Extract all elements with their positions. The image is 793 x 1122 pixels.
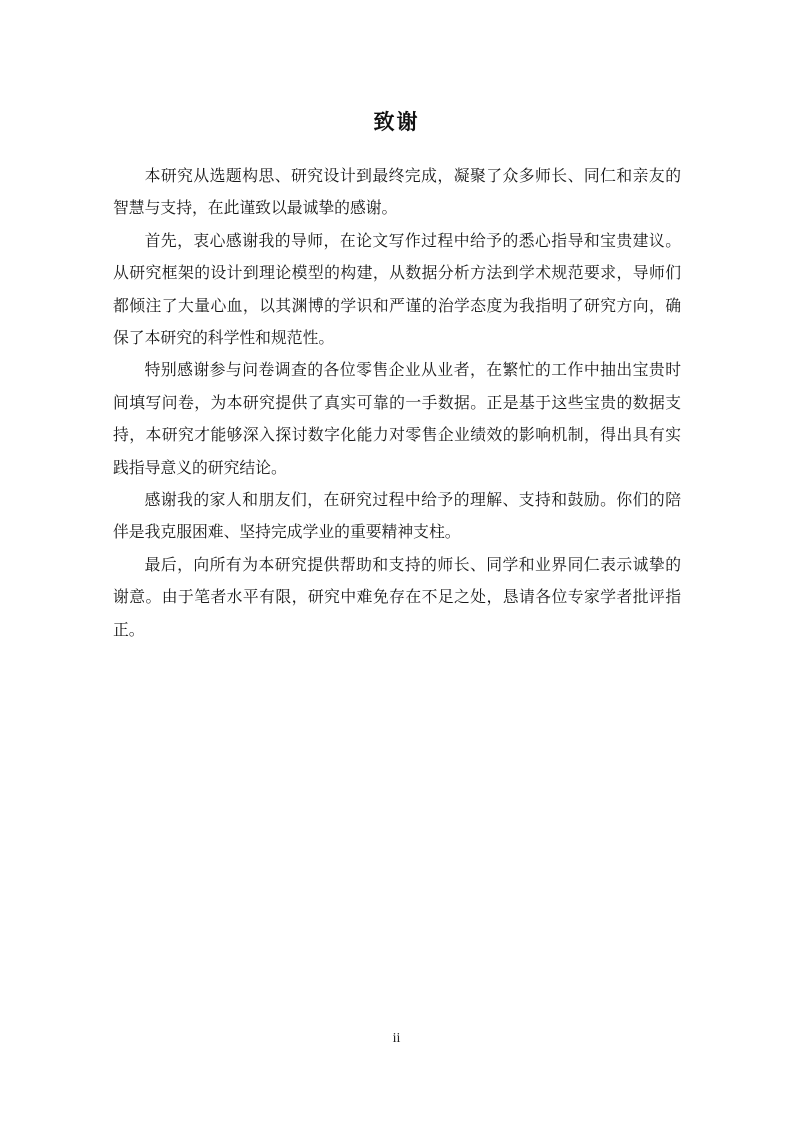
page-title: 致谢 — [0, 106, 793, 138]
document-body: 本研究从选题构思、研究设计到最终完成，凝聚了众多师长、同仁和亲友的智慧与支持，在… — [113, 160, 681, 646]
page-number: ii — [0, 1030, 793, 1048]
paragraph-2: 首先，衷心感谢我的导师，在论文写作过程中给予的悉心指导和宝贵建议。从研究框架的设… — [113, 225, 681, 355]
paragraph-1: 本研究从选题构思、研究设计到最终完成，凝聚了众多师长、同仁和亲友的智慧与支持，在… — [113, 160, 681, 225]
paragraph-3: 特别感谢参与问卷调查的各位零售企业从业者，在繁忙的工作中抽出宝贵时间填写问卷，为… — [113, 354, 681, 484]
document-page: 致谢 本研究从选题构思、研究设计到最终完成，凝聚了众多师长、同仁和亲友的智慧与支… — [0, 0, 793, 1122]
paragraph-4: 感谢我的家人和朋友们，在研究过程中给予的理解、支持和鼓励。你们的陪伴是我克服困难… — [113, 484, 681, 549]
paragraph-5: 最后，向所有为本研究提供帮助和支持的师长、同学和业界同仁表示诚挚的谢意。由于笔者… — [113, 549, 681, 646]
